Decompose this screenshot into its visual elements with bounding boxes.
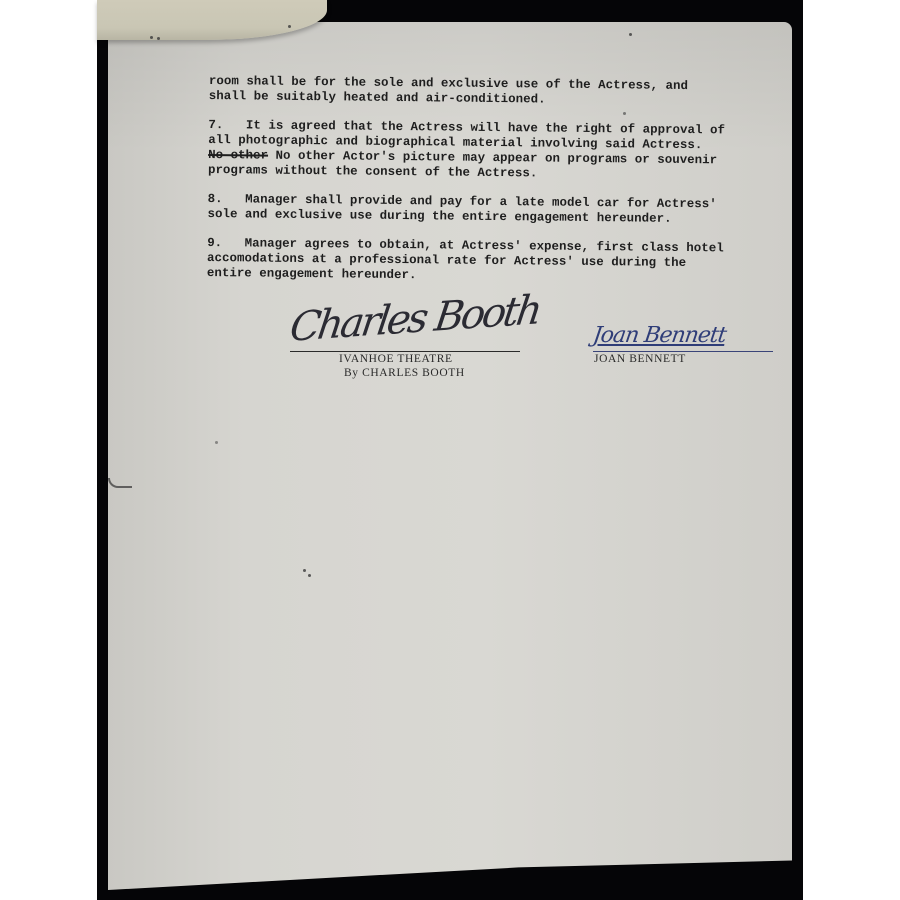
text-line: entire engagement hereunder.	[207, 266, 417, 282]
paper-speck	[629, 33, 632, 36]
paper-speck	[150, 36, 153, 39]
paper-speck	[308, 574, 311, 577]
struck-text: No other	[208, 148, 268, 163]
paper-speck	[303, 569, 306, 572]
paragraph-number: 8.	[208, 192, 223, 206]
paper-speck	[215, 441, 218, 444]
paragraph-9: 9. Manager agrees to obtain, at Actress'…	[207, 236, 777, 287]
paragraph-number: 9.	[207, 236, 222, 250]
text-line: shall be suitably heated and air-conditi…	[209, 89, 546, 107]
paragraph-continuation: room shall be for the sole and exclusive…	[209, 74, 779, 110]
paper-speck	[157, 37, 160, 40]
paragraph-7: 7. It is agreed that the Actress will ha…	[208, 118, 779, 184]
paragraph-8: 8. Manager shall provide and pay for a l…	[207, 192, 777, 228]
paragraph-number: 7.	[208, 118, 223, 132]
paper-speck	[288, 25, 291, 28]
text-line: programs without the consent of the Actr…	[208, 163, 538, 180]
contract-body: room shall be for the sole and exclusive…	[207, 74, 779, 301]
